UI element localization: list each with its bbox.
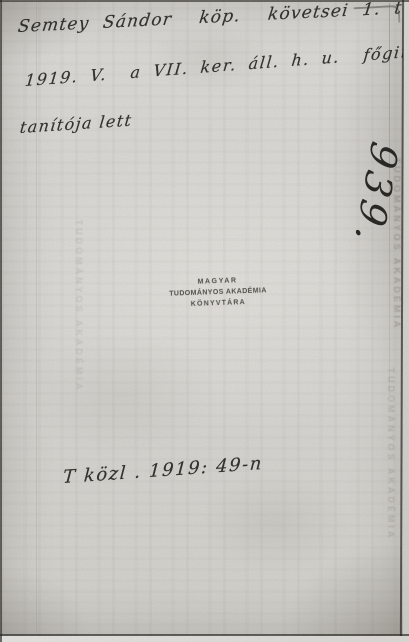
paper-card: TUDOMÁNYOS AKADÉMIA TUDOMÁNYOS AKADÉMIA … bbox=[1, 1, 402, 635]
card-edge-left bbox=[0, 0, 2, 642]
library-stamp: MAGYAR TUDOMÁNYOS AKADÉMIA KÖNYVTÁRA bbox=[165, 275, 270, 311]
card-edge-top bbox=[0, 0, 409, 2]
scanner-background-bottom bbox=[0, 636, 409, 642]
scanner-background-right bbox=[403, 0, 409, 642]
card-edge-bottom bbox=[0, 634, 409, 636]
fold-line-left bbox=[36, 3, 37, 633]
ghost-bleedthrough-text: TUDOMÁNYOS AKADÉMIA bbox=[386, 314, 396, 594]
scanned-card-page: TUDOMÁNYOS AKADÉMIA TUDOMÁNYOS AKADÉMIA … bbox=[0, 0, 409, 642]
stain-vignette-overlay bbox=[1, 1, 404, 637]
ghost-bleedthrough-text: TUDOMÁNYOS AKADÉMIA bbox=[74, 166, 84, 446]
